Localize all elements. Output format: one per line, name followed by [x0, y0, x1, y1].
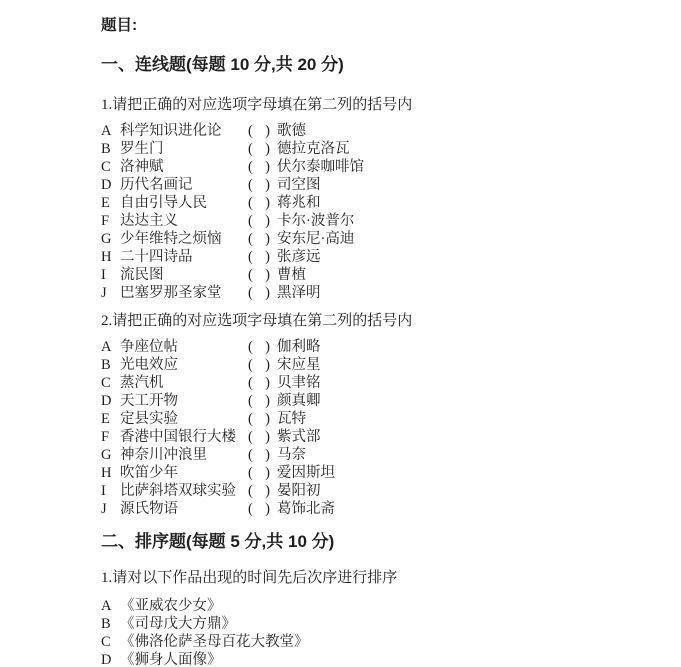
question-2-instruction: 2.请把正确的对应选项字母填在第二列的括号内	[101, 312, 641, 330]
match-row: F 达达主义 () 卡尔·波普尔	[101, 212, 641, 230]
answer-blank[interactable]: ()	[248, 410, 270, 428]
paren-open: (	[248, 230, 253, 248]
option-letter: F	[101, 428, 120, 446]
paren-close: )	[265, 248, 270, 266]
answer-blank[interactable]: ()	[248, 194, 270, 212]
match-row: I 流民图 () 曹植	[101, 266, 641, 284]
order-item-text: 《佛洛伦萨圣母百花大教堂》	[120, 633, 309, 651]
left-item-text: 吹笛少年	[120, 464, 248, 482]
match-row: C 洛神赋 () 伏尔泰咖啡馆	[101, 158, 641, 176]
paren-close: )	[265, 140, 270, 158]
paren-open: (	[248, 122, 253, 140]
answer-blank[interactable]: ()	[248, 176, 270, 194]
paren-open: (	[248, 266, 253, 284]
answer-blank[interactable]: ()	[248, 392, 270, 410]
left-item-text: 科学知识进化论	[120, 122, 248, 140]
match-row: E 自由引导人民 () 蒋兆和	[101, 194, 641, 212]
left-item-text: 流民图	[120, 266, 248, 284]
match-row: E 定县实验 () 瓦特	[101, 410, 641, 428]
answer-blank[interactable]: ()	[248, 230, 270, 248]
paren-close: )	[265, 194, 270, 212]
paren-close: )	[265, 338, 270, 356]
answer-blank[interactable]: ()	[248, 338, 270, 356]
left-item-text: 天工开物	[120, 392, 248, 410]
left-item-text: 蒸汽机	[120, 374, 248, 392]
left-item-text: 二十四诗品	[120, 248, 248, 266]
order-item-text: 《司母戊大方鼎》	[120, 615, 236, 633]
option-letter: G	[101, 230, 120, 248]
paren-close: )	[265, 500, 270, 518]
right-item-text: 葛饰北斋	[277, 500, 335, 518]
left-item-text: 香港中国银行大楼	[120, 428, 248, 446]
left-item-text: 源氏物语	[120, 500, 248, 518]
right-item-text: 伽利略	[277, 338, 321, 356]
right-item-text: 爱因斯坦	[277, 464, 335, 482]
paren-open: (	[248, 176, 253, 194]
option-letter: B	[101, 615, 120, 633]
answer-blank[interactable]: ()	[248, 500, 270, 518]
right-item-text: 司空图	[277, 176, 321, 194]
paren-open: (	[248, 212, 253, 230]
match-row: D 天工开物 () 颜真卿	[101, 392, 641, 410]
option-letter: J	[101, 284, 120, 302]
left-item-text: 少年维特之烦恼	[120, 230, 248, 248]
matching-list-1: A 科学知识进化论 () 歌德 B 罗生门 () 德拉克洛瓦 C 洛神赋 () …	[101, 122, 641, 302]
question-1-instruction: 1.请把正确的对应选项字母填在第二列的括号内	[101, 96, 641, 114]
option-letter: H	[101, 464, 120, 482]
doc-title: 题目:	[101, 16, 641, 36]
option-letter: D	[101, 651, 120, 667]
order-item: D 《狮身人面像》	[101, 651, 641, 667]
match-row: A 科学知识进化论 () 歌德	[101, 122, 641, 140]
paren-close: )	[265, 266, 270, 284]
answer-blank[interactable]: ()	[248, 446, 270, 464]
left-item-text: 比萨斜塔双球实验	[120, 482, 248, 500]
right-item-text: 张彦远	[277, 248, 321, 266]
paren-close: )	[265, 158, 270, 176]
option-letter: F	[101, 212, 120, 230]
option-letter: D	[101, 392, 120, 410]
answer-blank[interactable]: ()	[248, 284, 270, 302]
paren-open: (	[248, 158, 253, 176]
option-letter: C	[101, 158, 120, 176]
paren-open: (	[248, 446, 253, 464]
paren-open: (	[248, 482, 253, 500]
right-item-text: 瓦特	[277, 410, 306, 428]
right-item-text: 宋应星	[277, 356, 321, 374]
answer-blank[interactable]: ()	[248, 122, 270, 140]
option-letter: J	[101, 500, 120, 518]
match-row: I 比萨斜塔双球实验 () 晏阳初	[101, 482, 641, 500]
option-letter: C	[101, 633, 120, 651]
paren-close: )	[265, 446, 270, 464]
right-item-text: 安东尼·高迪	[277, 230, 354, 248]
paren-open: (	[248, 338, 253, 356]
right-item-text: 歌德	[277, 122, 306, 140]
ordering-question-instruction: 1.请对以下作品出现的时间先后次序进行排序	[101, 569, 641, 587]
option-letter: G	[101, 446, 120, 464]
match-row: H 吹笛少年 () 爱因斯坦	[101, 464, 641, 482]
paren-open: (	[248, 140, 253, 158]
option-letter: B	[101, 140, 120, 158]
answer-blank[interactable]: ()	[248, 482, 270, 500]
left-item-text: 历代名画记	[120, 176, 248, 194]
match-row: B 光电效应 () 宋应星	[101, 356, 641, 374]
match-row: C 蒸汽机 () 贝聿铭	[101, 374, 641, 392]
right-item-text: 伏尔泰咖啡馆	[277, 158, 364, 176]
option-letter: C	[101, 374, 120, 392]
order-item: B 《司母戊大方鼎》	[101, 615, 641, 633]
option-letter: H	[101, 248, 120, 266]
paren-open: (	[248, 248, 253, 266]
paren-open: (	[248, 194, 253, 212]
matching-list-2: A 争座位帖 () 伽利略 B 光电效应 () 宋应星 C 蒸汽机 () 贝聿铭…	[101, 338, 641, 518]
paren-open: (	[248, 464, 253, 482]
right-item-text: 紫式部	[277, 428, 321, 446]
right-item-text: 黑泽明	[277, 284, 321, 302]
left-item-text: 争座位帖	[120, 338, 248, 356]
answer-blank[interactable]: ()	[248, 464, 270, 482]
option-letter: A	[101, 597, 120, 615]
left-item-text: 定县实验	[120, 410, 248, 428]
exam-document: 题目: 一、连线题(每题 10 分,共 20 分) 1.请把正确的对应选项字母填…	[0, 0, 681, 667]
match-row: J 巴塞罗那圣家堂 () 黑泽明	[101, 284, 641, 302]
option-letter: E	[101, 194, 120, 212]
right-item-text: 卡尔·波普尔	[277, 212, 354, 230]
paren-close: )	[265, 374, 270, 392]
paren-open: (	[248, 356, 253, 374]
option-letter: I	[101, 482, 120, 500]
match-row: A 争座位帖 () 伽利略	[101, 338, 641, 356]
match-row: J 源氏物语 () 葛饰北斋	[101, 500, 641, 518]
option-letter: E	[101, 410, 120, 428]
paren-close: )	[265, 428, 270, 446]
match-row: F 香港中国银行大楼 () 紫式部	[101, 428, 641, 446]
answer-blank[interactable]: ()	[248, 212, 270, 230]
match-row: D 历代名画记 () 司空图	[101, 176, 641, 194]
right-item-text: 晏阳初	[277, 482, 321, 500]
option-letter: D	[101, 176, 120, 194]
paren-close: )	[265, 230, 270, 248]
paren-open: (	[248, 392, 253, 410]
paren-open: (	[248, 284, 253, 302]
paren-open: (	[248, 410, 253, 428]
match-row: H 二十四诗品 () 张彦远	[101, 248, 641, 266]
match-row: B 罗生门 () 德拉克洛瓦	[101, 140, 641, 158]
paren-close: )	[265, 176, 270, 194]
paren-open: (	[248, 428, 253, 446]
answer-blank[interactable]: ()	[248, 374, 270, 392]
right-item-text: 颜真卿	[277, 392, 321, 410]
option-letter: A	[101, 122, 120, 140]
right-item-text: 马奈	[277, 446, 306, 464]
left-item-text: 巴塞罗那圣家堂	[120, 284, 248, 302]
answer-blank[interactable]: ()	[248, 356, 270, 374]
paren-close: )	[265, 392, 270, 410]
order-item-text: 《狮身人面像》	[120, 651, 222, 667]
answer-blank[interactable]: ()	[248, 158, 270, 176]
right-item-text: 曹植	[277, 266, 306, 284]
order-item: A 《亚威农少女》	[101, 597, 641, 615]
paren-close: )	[265, 410, 270, 428]
left-item-text: 神奈川冲浪里	[120, 446, 248, 464]
option-letter: I	[101, 266, 120, 284]
paren-open: (	[248, 374, 253, 392]
paren-open: (	[248, 500, 253, 518]
left-item-text: 光电效应	[120, 356, 248, 374]
answer-blank[interactable]: ()	[248, 266, 270, 284]
right-item-text: 贝聿铭	[277, 374, 321, 392]
order-item: C 《佛洛伦萨圣母百花大教堂》	[101, 633, 641, 651]
paren-close: )	[265, 122, 270, 140]
left-item-text: 洛神赋	[120, 158, 248, 176]
answer-blank[interactable]: ()	[248, 248, 270, 266]
answer-blank[interactable]: ()	[248, 428, 270, 446]
paren-close: )	[265, 482, 270, 500]
option-letter: A	[101, 338, 120, 356]
left-item-text: 达达主义	[120, 212, 248, 230]
left-item-text: 罗生门	[120, 140, 248, 158]
right-item-text: 蒋兆和	[277, 194, 321, 212]
order-item-text: 《亚威农少女》	[120, 597, 222, 615]
right-item-text: 德拉克洛瓦	[277, 140, 350, 158]
paren-close: )	[265, 356, 270, 374]
match-row: G 神奈川冲浪里 () 马奈	[101, 446, 641, 464]
section-1-heading: 一、连线题(每题 10 分,共 20 分)	[101, 54, 641, 76]
match-row: G 少年维特之烦恼 () 安东尼·高迪	[101, 230, 641, 248]
paren-close: )	[265, 284, 270, 302]
left-item-text: 自由引导人民	[120, 194, 248, 212]
section-2-heading: 二、排序题(每题 5 分,共 10 分)	[101, 531, 641, 553]
ordering-list: A 《亚威农少女》 B 《司母戊大方鼎》 C 《佛洛伦萨圣母百花大教堂》 D 《…	[101, 597, 641, 667]
answer-blank[interactable]: ()	[248, 140, 270, 158]
paren-close: )	[265, 212, 270, 230]
paren-close: )	[265, 464, 270, 482]
option-letter: B	[101, 356, 120, 374]
